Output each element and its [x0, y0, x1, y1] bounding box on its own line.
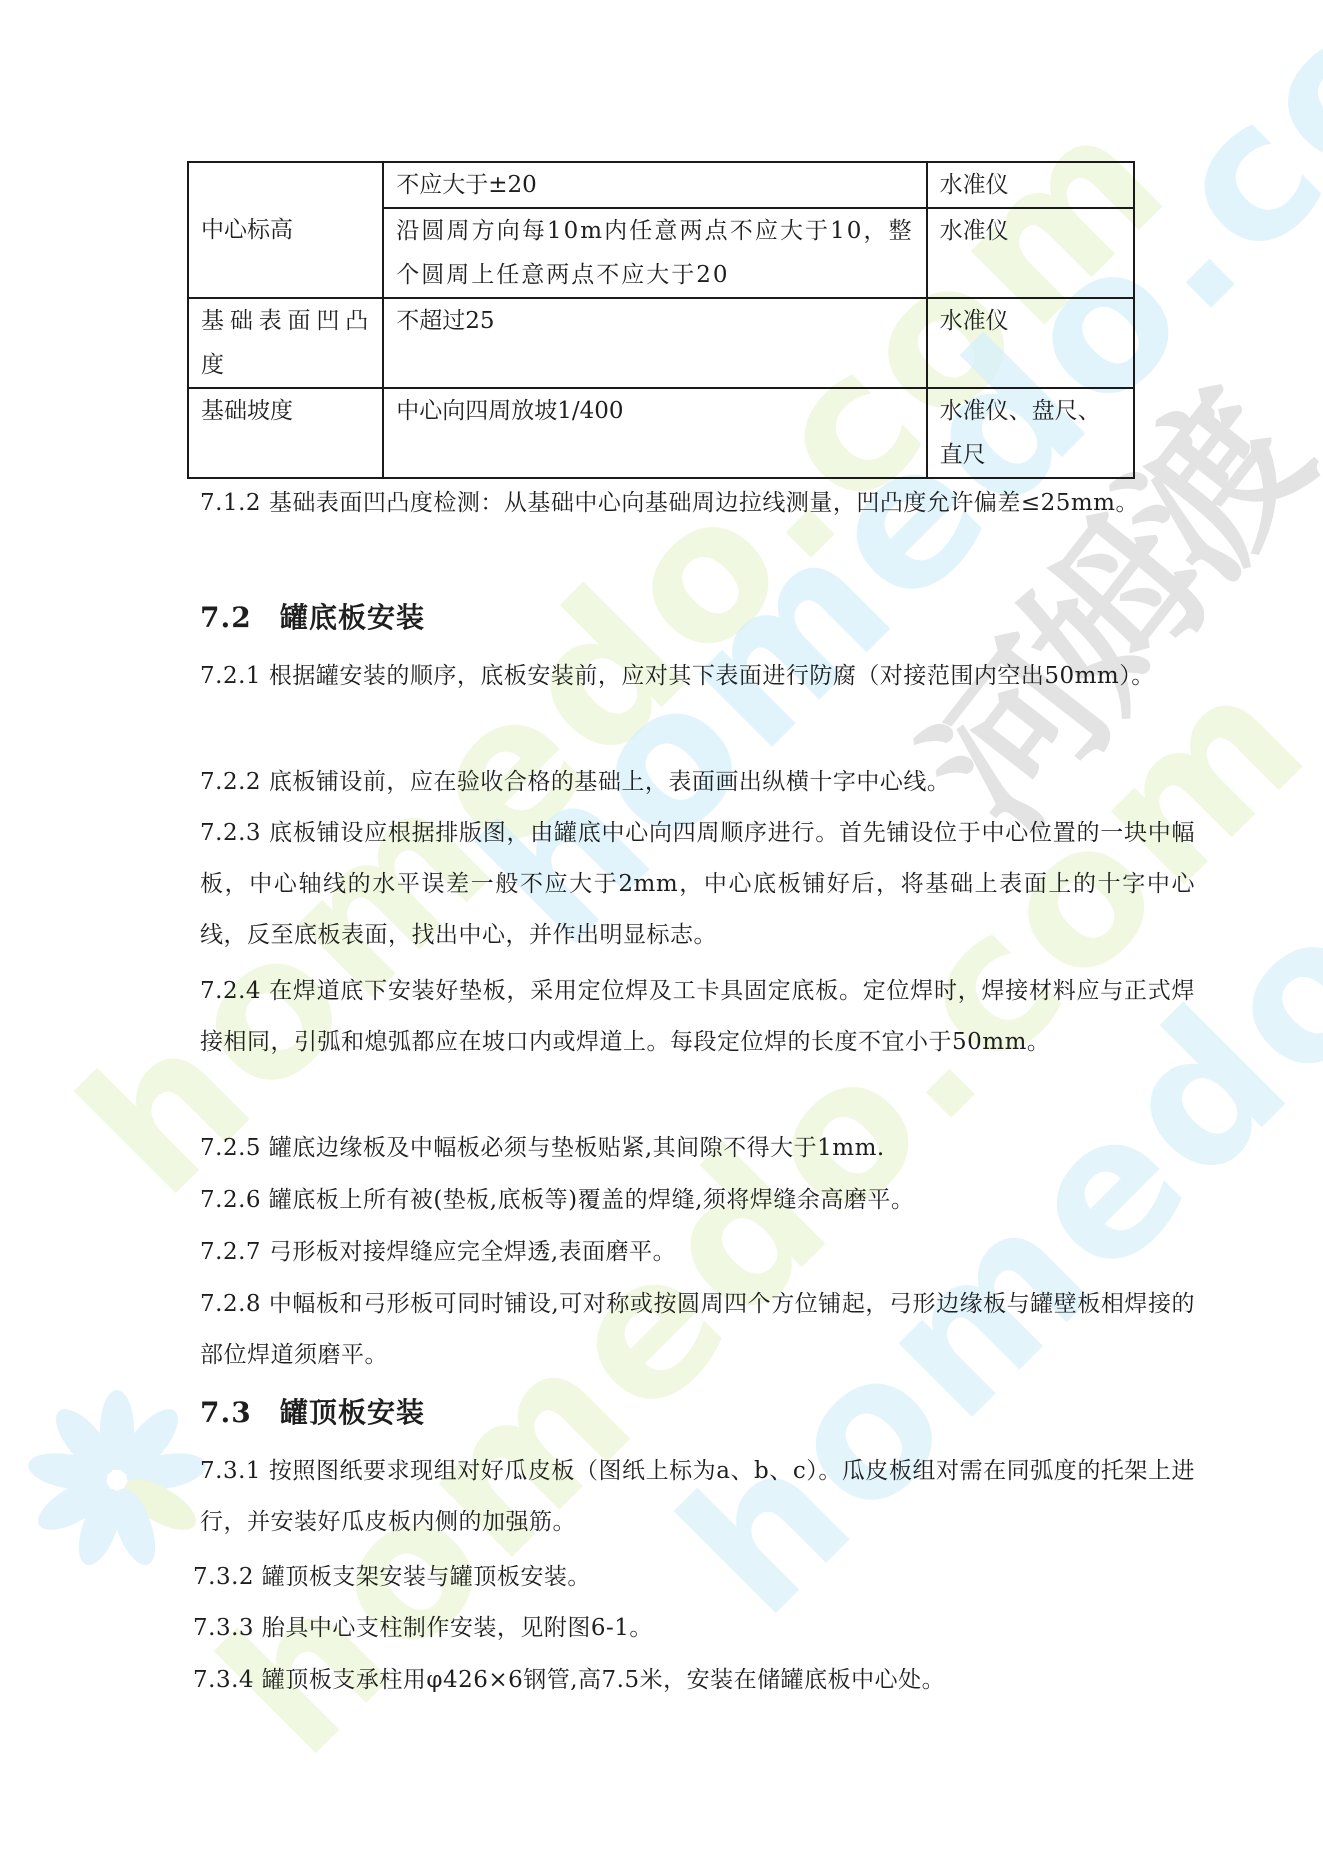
- table-row: 基础坡度 中心向四周放坡1/400 水准仪、盘尺、直尺: [188, 388, 1134, 478]
- paragraph-7-2-6: 7.2.6 罐底板上所有被(垫板,底板等)覆盖的焊缝,须将焊缝余高磨平。: [200, 1175, 1195, 1226]
- section-number: 7.2: [200, 598, 280, 638]
- paragraph-7-2-1: 7.2.1 根据罐安装的顺序，底板安装前，应对其下表面进行防腐（对接范围内空出5…: [200, 651, 1195, 702]
- paragraph-7-3-4: 7.3.4 罐顶板支承柱用φ426×6钢管,高7.5米，安装在储罐底板中心处。: [193, 1655, 1188, 1706]
- paragraph-7-2-2: 7.2.2 底板铺设前，应在验收合格的基础上，表面画出纵横十字中心线。: [200, 757, 1195, 808]
- inspection-table: 中心标高 不应大于±20 水准仪 沿圆周方向每10m内任意两点不应大于10，整个…: [187, 161, 1135, 479]
- section-title: 罐顶板安装: [280, 1396, 425, 1429]
- table-cell-tool: 水准仪: [927, 298, 1134, 388]
- paragraph-7-2-5: 7.2.5 罐底边缘板及中幅板必须与垫板贴紧,其间隙不得大于1mm.: [200, 1123, 1195, 1174]
- table-cell-criteria: 中心向四周放坡1/400: [383, 388, 926, 478]
- paragraph-7-1-2: 7.1.2 基础表面凹凸度检测：从基础中心向基础周边拉线测量，凹凸度允许偏差≤2…: [200, 478, 1195, 529]
- section-heading-7-2: 7.2罐底板安装: [200, 598, 425, 638]
- table-cell-tool: 水准仪: [927, 162, 1134, 208]
- paragraph-7-2-3: 7.2.3 底板铺设应根据排版图，由罐底中心向四周顺序进行。首先铺设位于中心位置…: [200, 808, 1195, 961]
- table-row: 中心标高 不应大于±20 水准仪: [188, 162, 1134, 208]
- paragraph-7-2-8: 7.2.8 中幅板和弓形板可同时铺设,可对称或按圆周四个方位铺起，弓形边缘板与罐…: [200, 1279, 1195, 1381]
- paragraph-7-2-4: 7.2.4 在焊道底下安装好垫板，采用定位焊及工卡具固定底板。定位焊时，焊接材料…: [200, 966, 1195, 1068]
- table-cell-item: 基础表面凹凸度: [188, 298, 383, 388]
- paragraph-7-3-2: 7.3.2 罐顶板支架安装与罐顶板安装。: [193, 1552, 1188, 1603]
- table-cell-criteria: 不应大于±20: [383, 162, 926, 208]
- section-heading-7-3: 7.3罐顶板安装: [200, 1393, 425, 1433]
- flower-logo-icon: [15, 1380, 215, 1580]
- table-cell-item: 基础坡度: [188, 388, 383, 478]
- table-cell-tool: 水准仪: [927, 208, 1134, 298]
- table-cell-tool: 水准仪、盘尺、直尺: [927, 388, 1134, 478]
- paragraph-7-2-7: 7.2.7 弓形板对接焊缝应完全焊透,表面磨平。: [200, 1227, 1195, 1278]
- table-cell-item: 中心标高: [188, 162, 383, 298]
- table-cell-criteria: 沿圆周方向每10m内任意两点不应大于10，整个圆周上任意两点不应大于20: [383, 208, 926, 298]
- table-row: 基础表面凹凸度 不超过25 水准仪: [188, 298, 1134, 388]
- section-title: 罐底板安装: [280, 601, 425, 634]
- table-cell-criteria: 不超过25: [383, 298, 926, 388]
- paragraph-7-3-1: 7.3.1 按照图纸要求现组对好瓜皮板（图纸上标为a、b、c）。瓜皮板组对需在同…: [200, 1446, 1195, 1548]
- section-number: 7.3: [200, 1393, 280, 1433]
- paragraph-7-3-3: 7.3.3 胎具中心支柱制作安装，见附图6-1。: [193, 1603, 1188, 1654]
